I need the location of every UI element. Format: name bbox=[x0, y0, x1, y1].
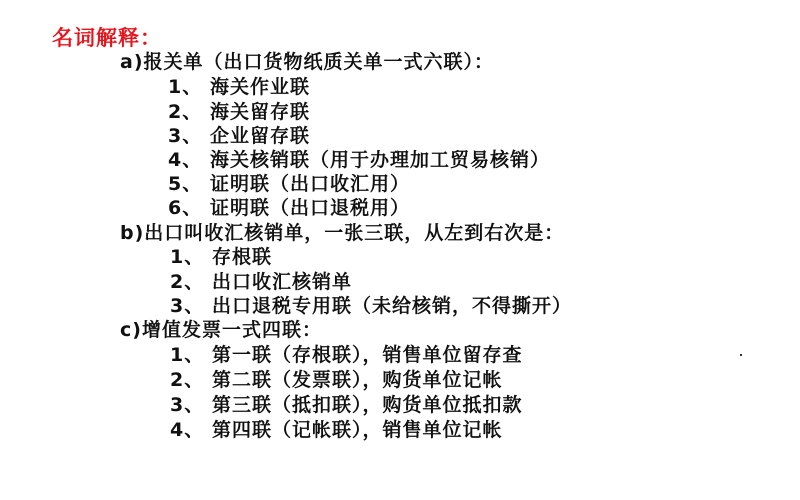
list-item: 1、存根联 bbox=[170, 245, 272, 269]
page-title: 名词解释： bbox=[52, 22, 162, 52]
list-item: 3、出口退税专用联（未给核销，不得撕开） bbox=[170, 294, 572, 318]
list-item: 4、第四联（记帐联），销售单位记帐 bbox=[170, 418, 503, 442]
section-heading-b: b)出口叫收汇核销单，一张三联，从左到右次是： bbox=[120, 221, 564, 245]
list-item: 2、出口收汇核销单 bbox=[170, 270, 352, 294]
stray-dot bbox=[740, 354, 742, 356]
list-item: 5、证明联（出口收汇用） bbox=[168, 172, 410, 196]
list-item: 3、企业留存联 bbox=[168, 124, 310, 148]
section-heading-c: c)增值发票一式四联： bbox=[120, 318, 322, 342]
list-item: 2、海关留存联 bbox=[168, 100, 310, 124]
list-item: 4、海关核销联（用于办理加工贸易核销） bbox=[168, 148, 550, 172]
list-item: 6、证明联（出口退税用） bbox=[168, 196, 410, 220]
list-item: 1、第一联（存根联），销售单位留存查 bbox=[170, 343, 523, 367]
list-item: 3、第三联（抵扣联），购货单位抵扣款 bbox=[170, 393, 523, 417]
section-heading-a: a)报关单（出口货物纸质关单一式六联）： bbox=[120, 50, 494, 74]
list-item: 2、第二联（发票联），购货单位记帐 bbox=[170, 368, 503, 392]
list-item: 1、海关作业联 bbox=[168, 75, 310, 99]
